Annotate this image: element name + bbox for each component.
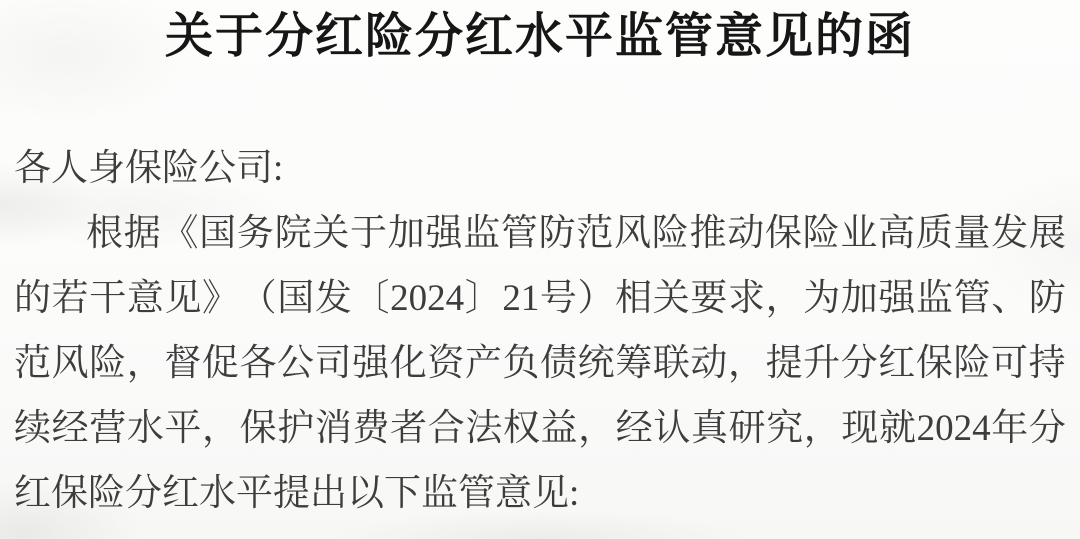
text-char: 关 — [312, 201, 349, 266]
text-char: ， — [578, 396, 615, 461]
text-char: 发 — [991, 201, 1028, 266]
text-line-6: 红保险分红水平提出以下监管意见: — [14, 461, 1066, 526]
text-char: 认 — [653, 396, 690, 461]
text-char: 究 — [766, 396, 803, 461]
text-char: 保 — [240, 396, 277, 461]
text-char: ， — [804, 396, 841, 461]
text-char: 水 — [127, 396, 164, 461]
text-char: 消 — [315, 396, 352, 461]
text-char: 筹 — [615, 331, 652, 396]
text-char: 监 — [463, 201, 500, 266]
text-char: 防 — [1029, 266, 1066, 331]
text-char: 21 — [502, 266, 539, 331]
text-char: 险 — [953, 331, 990, 396]
text-line-2: 根据《国务院关于加强监管防范风险推动保险业高质量发展 — [14, 201, 1066, 266]
text-char: 产 — [465, 331, 502, 396]
text-char: 的 — [14, 266, 51, 331]
text-char: 国 — [199, 201, 236, 266]
text-char: 年 — [991, 396, 1028, 461]
text-char: 质 — [916, 201, 953, 266]
text-char: 者 — [390, 396, 427, 461]
text-char: 意 — [127, 266, 164, 331]
text-char: 范 — [576, 201, 613, 266]
text-char: ， — [766, 266, 803, 331]
text-char: 《 — [161, 201, 198, 266]
text-char: 营 — [89, 396, 126, 461]
text-char: 业 — [840, 201, 877, 266]
text-char: 合 — [428, 396, 465, 461]
text-char: 于 — [350, 201, 387, 266]
text-char: 范 — [14, 331, 51, 396]
text-char: 防 — [539, 201, 576, 266]
text-char: 管 — [501, 201, 538, 266]
text-char: 为 — [803, 266, 840, 331]
text-char: 风 — [52, 331, 89, 396]
text-char: ， — [127, 331, 164, 396]
text-char: 〔 — [352, 266, 389, 331]
text-char: 加 — [388, 201, 425, 266]
text-char: （ — [240, 266, 277, 331]
text-char: 院 — [275, 201, 312, 266]
text-char: 2024 — [917, 396, 991, 461]
text-char: 求 — [728, 266, 765, 331]
text-char: 平 — [164, 396, 201, 461]
text-char: 经 — [52, 396, 89, 461]
text-char: 各 — [239, 331, 276, 396]
text-char: 可 — [991, 331, 1028, 396]
text-char: 分 — [1029, 396, 1066, 461]
text-char: 险 — [652, 201, 689, 266]
text-char: 促 — [202, 331, 239, 396]
scanned-document-page: 关于分红险分红水平监管意见的函 各人身保险公司:根据《国务院关于加强监管防范风险… — [0, 0, 1080, 539]
text-char: 持 — [1029, 331, 1066, 396]
text-char: ， — [202, 396, 239, 461]
text-char: 量 — [954, 201, 991, 266]
text-char: 强 — [878, 266, 915, 331]
text-char: 费 — [352, 396, 389, 461]
text-char: 加 — [841, 266, 878, 331]
text-char: 要 — [690, 266, 727, 331]
text-char: 〕 — [465, 266, 502, 331]
text-char: 续 — [14, 396, 51, 461]
text-char: 研 — [729, 396, 766, 461]
text-char: 号 — [540, 266, 577, 331]
text-char: 国 — [277, 266, 314, 331]
document-body: 各人身保险公司:根据《国务院关于加强监管防范风险推动保险业高质量发展的若干意见》… — [14, 136, 1066, 526]
text-char: 》 — [202, 266, 239, 331]
text-char: 见 — [164, 266, 201, 331]
text-char: 法 — [465, 396, 502, 461]
text-char: 若 — [52, 266, 89, 331]
text-char: 经 — [616, 396, 653, 461]
text-line-4: 范风险，督促各公司强化资产负债统筹联动，提升分红保险可持 — [14, 331, 1066, 396]
text-char: 务 — [237, 201, 274, 266]
text-char: 展 — [1029, 201, 1066, 266]
text-char: 债 — [540, 331, 577, 396]
text-char: 根 — [86, 201, 123, 266]
text-char: 就 — [879, 396, 916, 461]
text-char: 保 — [765, 201, 802, 266]
text-char: 升 — [803, 331, 840, 396]
document-title: 关于分红险分红水平监管意见的函 — [0, 7, 1080, 67]
text-char: 统 — [578, 331, 615, 396]
text-char: ） — [578, 266, 615, 331]
text-char: 强 — [425, 201, 462, 266]
text-char: 益 — [541, 396, 578, 461]
text-char: 资 — [427, 331, 464, 396]
text-char: 联 — [653, 331, 690, 396]
text-char: 督 — [164, 331, 201, 396]
text-line-3: 的若干意见》（国发〔2024〕21号）相关要求，为加强监管、防 — [14, 266, 1066, 331]
text-char: 权 — [503, 396, 540, 461]
text-char: 据 — [124, 201, 161, 266]
text-char: 分 — [841, 331, 878, 396]
text-char: 管 — [954, 266, 991, 331]
text-char: 高 — [878, 201, 915, 266]
text-char: 保 — [916, 331, 953, 396]
text-char: 关 — [653, 266, 690, 331]
text-char: 护 — [277, 396, 314, 461]
text-char: 相 — [615, 266, 652, 331]
text-char: 红 — [878, 331, 915, 396]
text-char: 风 — [614, 201, 651, 266]
text-char: 司 — [315, 331, 352, 396]
text-char: 发 — [315, 266, 352, 331]
text-char: ， — [728, 331, 765, 396]
text-char: 2024 — [390, 266, 464, 331]
text-char: 负 — [503, 331, 540, 396]
text-char: 动 — [727, 201, 764, 266]
text-char: 提 — [766, 331, 803, 396]
text-char: 推 — [690, 201, 727, 266]
text-char: 监 — [916, 266, 953, 331]
text-line-5: 续经营水平，保护消费者合法权益，经认真研究，现就2024年分 — [14, 396, 1066, 461]
text-char: 现 — [841, 396, 878, 461]
text-char: 动 — [690, 331, 727, 396]
text-char: 险 — [89, 331, 126, 396]
text-char: 干 — [89, 266, 126, 331]
text-char: 真 — [691, 396, 728, 461]
text-char: 险 — [803, 201, 840, 266]
text-char: 、 — [991, 266, 1028, 331]
text-char: 化 — [390, 331, 427, 396]
text-char: 强 — [352, 331, 389, 396]
text-char: 公 — [277, 331, 314, 396]
text-line-1: 各人身保险公司: — [14, 136, 1066, 201]
